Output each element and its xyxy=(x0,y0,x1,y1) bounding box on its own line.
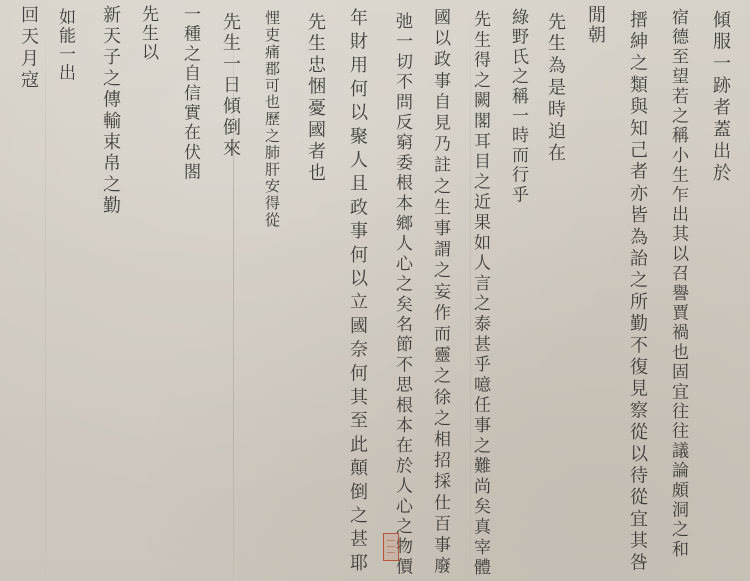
text-column-14: 一種之自信實在伏閤 xyxy=(181,5,198,182)
seal-mark xyxy=(387,546,395,547)
text-column-8: 國以政事自見乃註之生事謂之妄作而靈之徐之相招採仕百事廢 xyxy=(431,8,448,578)
text-column-4: 閒朝 xyxy=(586,5,604,45)
text-column-1: 傾服一跡者蓋出於 xyxy=(711,10,729,185)
text-column-10: 年財用何以聚人且政事何以立國奈何其至此顛倒之甚耶 xyxy=(348,8,366,577)
text-column-2: 宿德至望若之稱小生乍出其以召譽賈禍也固宜往往議論頗洞之和 xyxy=(669,8,686,560)
text-column-18: 回天月寇 xyxy=(19,5,37,92)
text-column-13: 先生一日傾倒來 xyxy=(221,12,239,160)
text-column-6: 綠野氏之稱一時而行乎 xyxy=(509,8,526,205)
text-column-5: 先生為是時迫在 xyxy=(546,12,564,165)
text-column-15: 先生以 xyxy=(139,5,156,62)
text-column-7: 先生得之闕閣耳目之近果如人言之泰甚乎噫任事之難尚矣真宰體 xyxy=(471,10,488,578)
red-seal-stamp xyxy=(383,533,399,561)
seal-mark xyxy=(387,540,395,541)
text-column-12: 悝吏痛郡可也歷之肺肝安得從 xyxy=(264,10,279,228)
text-column-3: 搢紳之類與知己者亦皆為詒之所勤不復見察從以待從宜其咎 xyxy=(628,10,646,574)
text-column-17: 如能一出 xyxy=(56,8,73,82)
seal-mark xyxy=(387,552,395,553)
text-column-9: 弛一切不問反窮委根本鄉人心之矣名節不思根本在於人心之物價 xyxy=(393,12,410,578)
text-column-11: 先生忠悃憂國者也 xyxy=(306,12,324,185)
paper-fold-line xyxy=(45,0,46,581)
calligraphy-sheet: 傾服一跡者蓋出於 宿德至望若之稱小生乍出其以召譽賈禍也固宜往往議論頗洞之和 搢紳… xyxy=(0,0,750,581)
text-column-16: 新天子之傳輸束帛之勤 xyxy=(101,5,119,217)
